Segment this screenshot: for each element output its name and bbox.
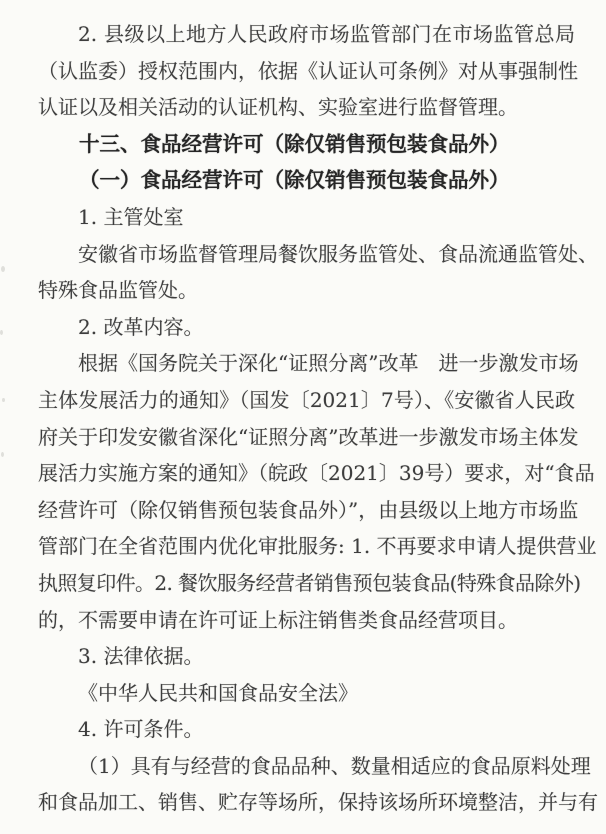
scan-speck [1, 266, 5, 272]
paragraph-line: 的，不需要申请在许可证上标注销售类食品经营项目。 [38, 602, 575, 639]
scan-speck [0, 330, 3, 335]
paragraph-line: 管部门在全省范围内优化审批服务: 1. 不再要求申请人提供营业 [38, 528, 575, 565]
paragraph-line: 主体发展活力的通知》（国发〔2021〕7号）、《安徽省人民政 [38, 382, 575, 419]
scan-speck [1, 452, 4, 457]
paragraph-line: 《中华人民共和国食品安全法》 [38, 675, 575, 712]
scan-speck [2, 398, 5, 402]
paragraph-line: 2. 县级以上地方人民政府市场监管部门在市场监管总局 [38, 16, 575, 53]
section-heading-line: 十三、食品经营许可（除仅销售预包装食品外） [38, 126, 575, 163]
paragraph-line: （认监委）授权范围内，依据《认证认可条例》对从事强制性 [38, 53, 575, 90]
item-heading-line: 4. 许可条件。 [38, 711, 575, 748]
paragraph-line: 执照复印件。2. 餐饮服务经营者销售预包装食品(特殊食品除外) [38, 565, 575, 602]
paragraph-line: 特殊食品监管处。 [38, 272, 575, 309]
paragraph-line: 认证以及相关活动的认证机构、实验室进行监督管理。 [38, 89, 575, 126]
paragraph-line: （1）具有与经营的食品品种、数量相适应的食品原料处理 [38, 748, 575, 785]
paragraph-line: 根据《国务院关于深化“证照分离”改革 进一步激发市场 [38, 345, 575, 382]
item-heading-line: 1. 主管处室 [38, 199, 575, 236]
paragraph-line: 展活力实施方案的通知》（皖政〔2021〕39号）要求，对“食品 [38, 455, 575, 492]
paragraph-line: 安徽省市场监督管理局餐饮服务监管处、食品流通监管处、 [38, 236, 575, 273]
paragraph-line: 和食品加工、销售、贮存等场所，保持该场所环境整洁，并与有 [38, 784, 575, 821]
paragraph-line: 经营许可（除仅销售预包装食品外）”，由县级以上地方市场监 [38, 492, 575, 529]
item-heading-line: 3. 法律依据。 [38, 638, 575, 675]
document-page: 2. 县级以上地方人民政府市场监管部门在市场监管总局 （认监委）授权范围内，依据… [0, 0, 606, 834]
paragraph-line: 府关于印发安徽省深化“证照分离”改革进一步激发市场主体发 [38, 419, 575, 456]
subsection-heading-line: （一）食品经营许可（除仅销售预包装食品外） [38, 162, 575, 199]
item-heading-line: 2. 改革内容。 [38, 309, 575, 346]
